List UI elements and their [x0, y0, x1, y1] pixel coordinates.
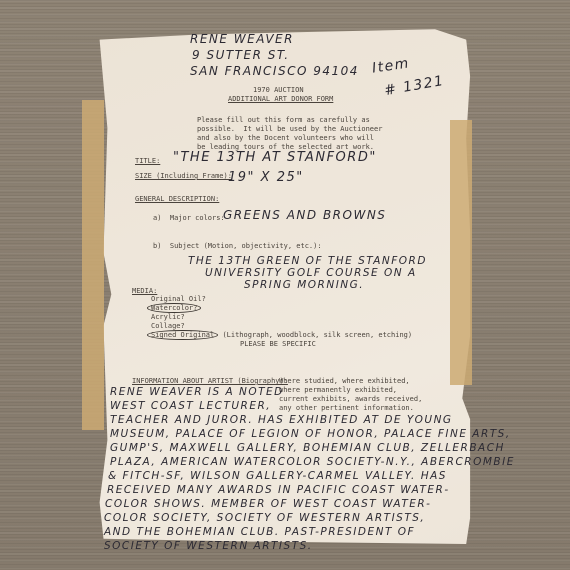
- instructions-line-1: Please fill out this form as carefully a…: [197, 116, 370, 125]
- form-year: 1970 AUCTION: [253, 86, 304, 95]
- artist-info-hint-1: Where studied, where exhibited,: [279, 377, 410, 386]
- tape-strip-right: [450, 120, 472, 385]
- size-label: SIZE (Including Frame):: [135, 172, 232, 181]
- donor-city: San Francisco 94104: [190, 64, 359, 78]
- donor-name: Rene Weaver: [190, 32, 294, 46]
- form-title: ADDITIONAL ART DONOR FORM: [228, 95, 333, 104]
- media-option-watercolor-circled: Watercolor?: [147, 303, 201, 313]
- subject-label: b) Subject (Motion, objectivity, etc.):: [153, 242, 322, 251]
- artist-info-hint-2: where permanently exhibited,: [279, 386, 397, 395]
- signed-original-note: (Lithograph, woodblock, silk screen, etc…: [222, 331, 412, 339]
- media-option-signed-original-circled: Signed Original: [147, 330, 218, 340]
- title-value: "The 13th at Stanford": [173, 150, 377, 165]
- colors-label: a) Major colors:: [153, 214, 225, 223]
- instructions-line-3: and also by the Docent volunteers who wi…: [197, 134, 374, 143]
- colors-value: Greens and Browns: [223, 208, 386, 222]
- subject-line-1: The 13th green of the Stanford: [188, 255, 427, 267]
- please-be-specific: PLEASE BE SPECIFIC: [240, 340, 316, 349]
- tape-strip-left: [82, 100, 104, 430]
- subject-line-2: University Golf course on a: [205, 267, 417, 279]
- subject-line-3: spring morning.: [244, 279, 364, 291]
- media-option-acrylic: Acrylic?: [151, 313, 185, 322]
- bio-line: Society of Western Artists.: [104, 538, 313, 554]
- title-label: TITLE:: [135, 157, 160, 166]
- donor-street: 9 Sutter St.: [192, 48, 290, 62]
- size-value: 19" x 25": [228, 170, 304, 185]
- general-description-label: GENERAL DESCRIPTION:: [135, 195, 219, 204]
- artist-info-hint-3: current exhibits, awards received,: [279, 395, 422, 404]
- instructions-line-2: possible. It will be used by the Auction…: [197, 125, 382, 134]
